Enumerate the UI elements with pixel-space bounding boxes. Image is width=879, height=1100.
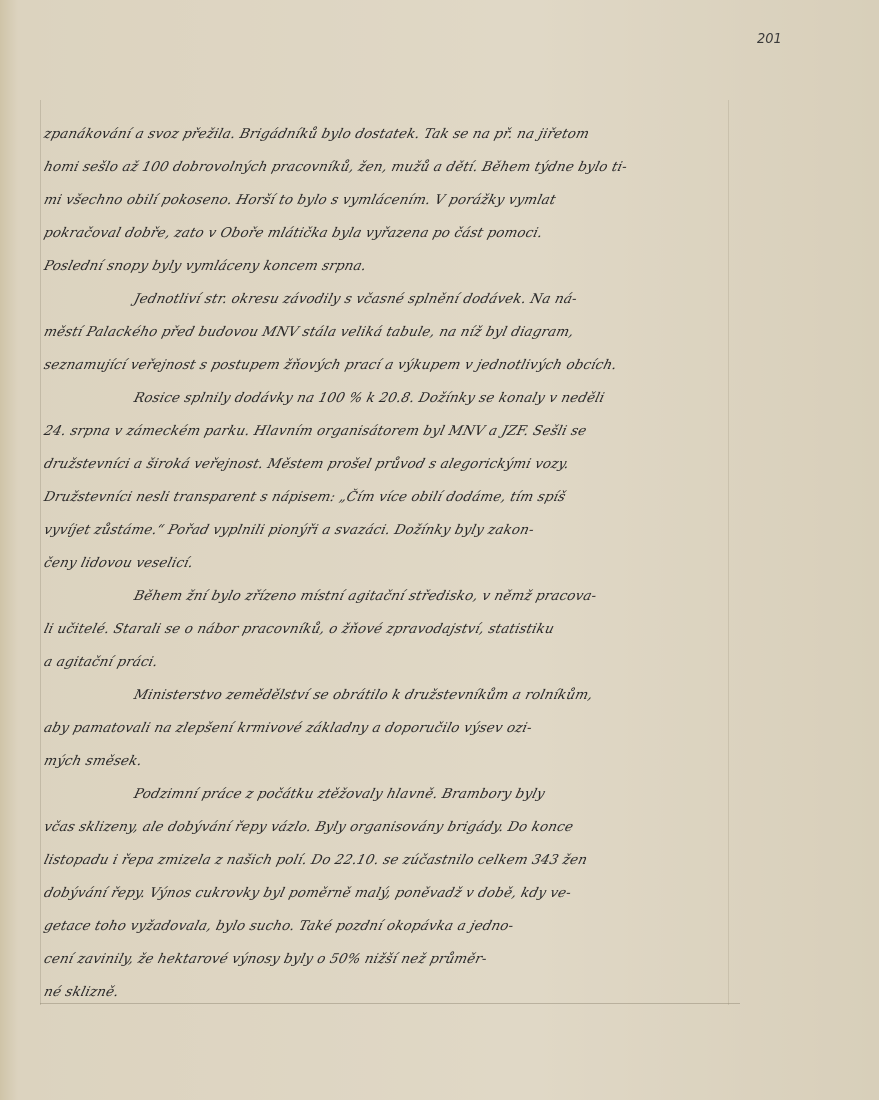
handwritten-text-block: zpanákování a svoz přežila. Brigádníků b…	[40, 118, 730, 1009]
handwritten-line: Poslední snopy byly vymláceny koncem srp…	[40, 250, 738, 283]
handwritten-line: li učitelé. Starali se o nábor pracovník…	[40, 613, 738, 646]
handwritten-line: družstevníci a široká veřejnost. Městem …	[40, 448, 738, 481]
handwritten-line: dobývání řepy. Výnos cukrovky byl poměrn…	[40, 877, 738, 910]
handwritten-line: včas sklizeny, ale dobývání řepy vázlo. …	[40, 811, 738, 844]
handwritten-line: né sklizně.	[40, 976, 738, 1009]
handwritten-line: pokračoval dobře, zato v Oboře mlátička …	[40, 217, 738, 250]
handwritten-line: seznamující veřejnost s postupem žňových…	[40, 349, 738, 382]
handwritten-line: Podzimní práce z počátku ztěžovaly hlavn…	[40, 778, 738, 811]
handwritten-line: listopadu i řepa zmizela z našich polí. …	[40, 844, 738, 877]
handwritten-line: cení zavinily, že hektarové výnosy byly …	[40, 943, 738, 976]
handwritten-line: aby pamatovali na zlepšení krmivové zákl…	[40, 712, 738, 745]
page-number: 201	[757, 32, 782, 47]
handwritten-line: Ministerstvo zemědělství se obrátilo k d…	[40, 679, 738, 712]
handwritten-line: Družstevníci nesli transparent s nápisem…	[40, 481, 738, 514]
handwritten-line: městí Palackého před budovou MNV stála v…	[40, 316, 738, 349]
handwritten-line: 24. srpna v zámeckém parku. Hlavním orga…	[40, 415, 738, 448]
handwritten-line: Rosice splnily dodávky na 100 % k 20.8. …	[40, 382, 738, 415]
handwritten-line: Jednotliví str. okresu závodily s včasné…	[40, 283, 738, 316]
handwritten-line: homi sešlo až 100 dobrovolných pracovník…	[40, 151, 738, 184]
handwritten-line: čeny lidovou veselicí.	[40, 547, 738, 580]
handwritten-line: a agitační práci.	[40, 646, 738, 679]
handwritten-line: vyvíjet zůstáme.“ Pořad vyplnili pionýři…	[40, 514, 738, 547]
handwritten-line: Během žní bylo zřízeno místní agitační s…	[40, 580, 738, 613]
handwritten-line: mých směsek.	[40, 745, 738, 778]
handwritten-line: mi všechno obilí pokoseno. Horší to bylo…	[40, 184, 738, 217]
handwritten-line: getace toho vyžadovala, bylo sucho. Také…	[40, 910, 738, 943]
handwritten-line: zpanákování a svoz přežila. Brigádníků b…	[40, 118, 738, 151]
